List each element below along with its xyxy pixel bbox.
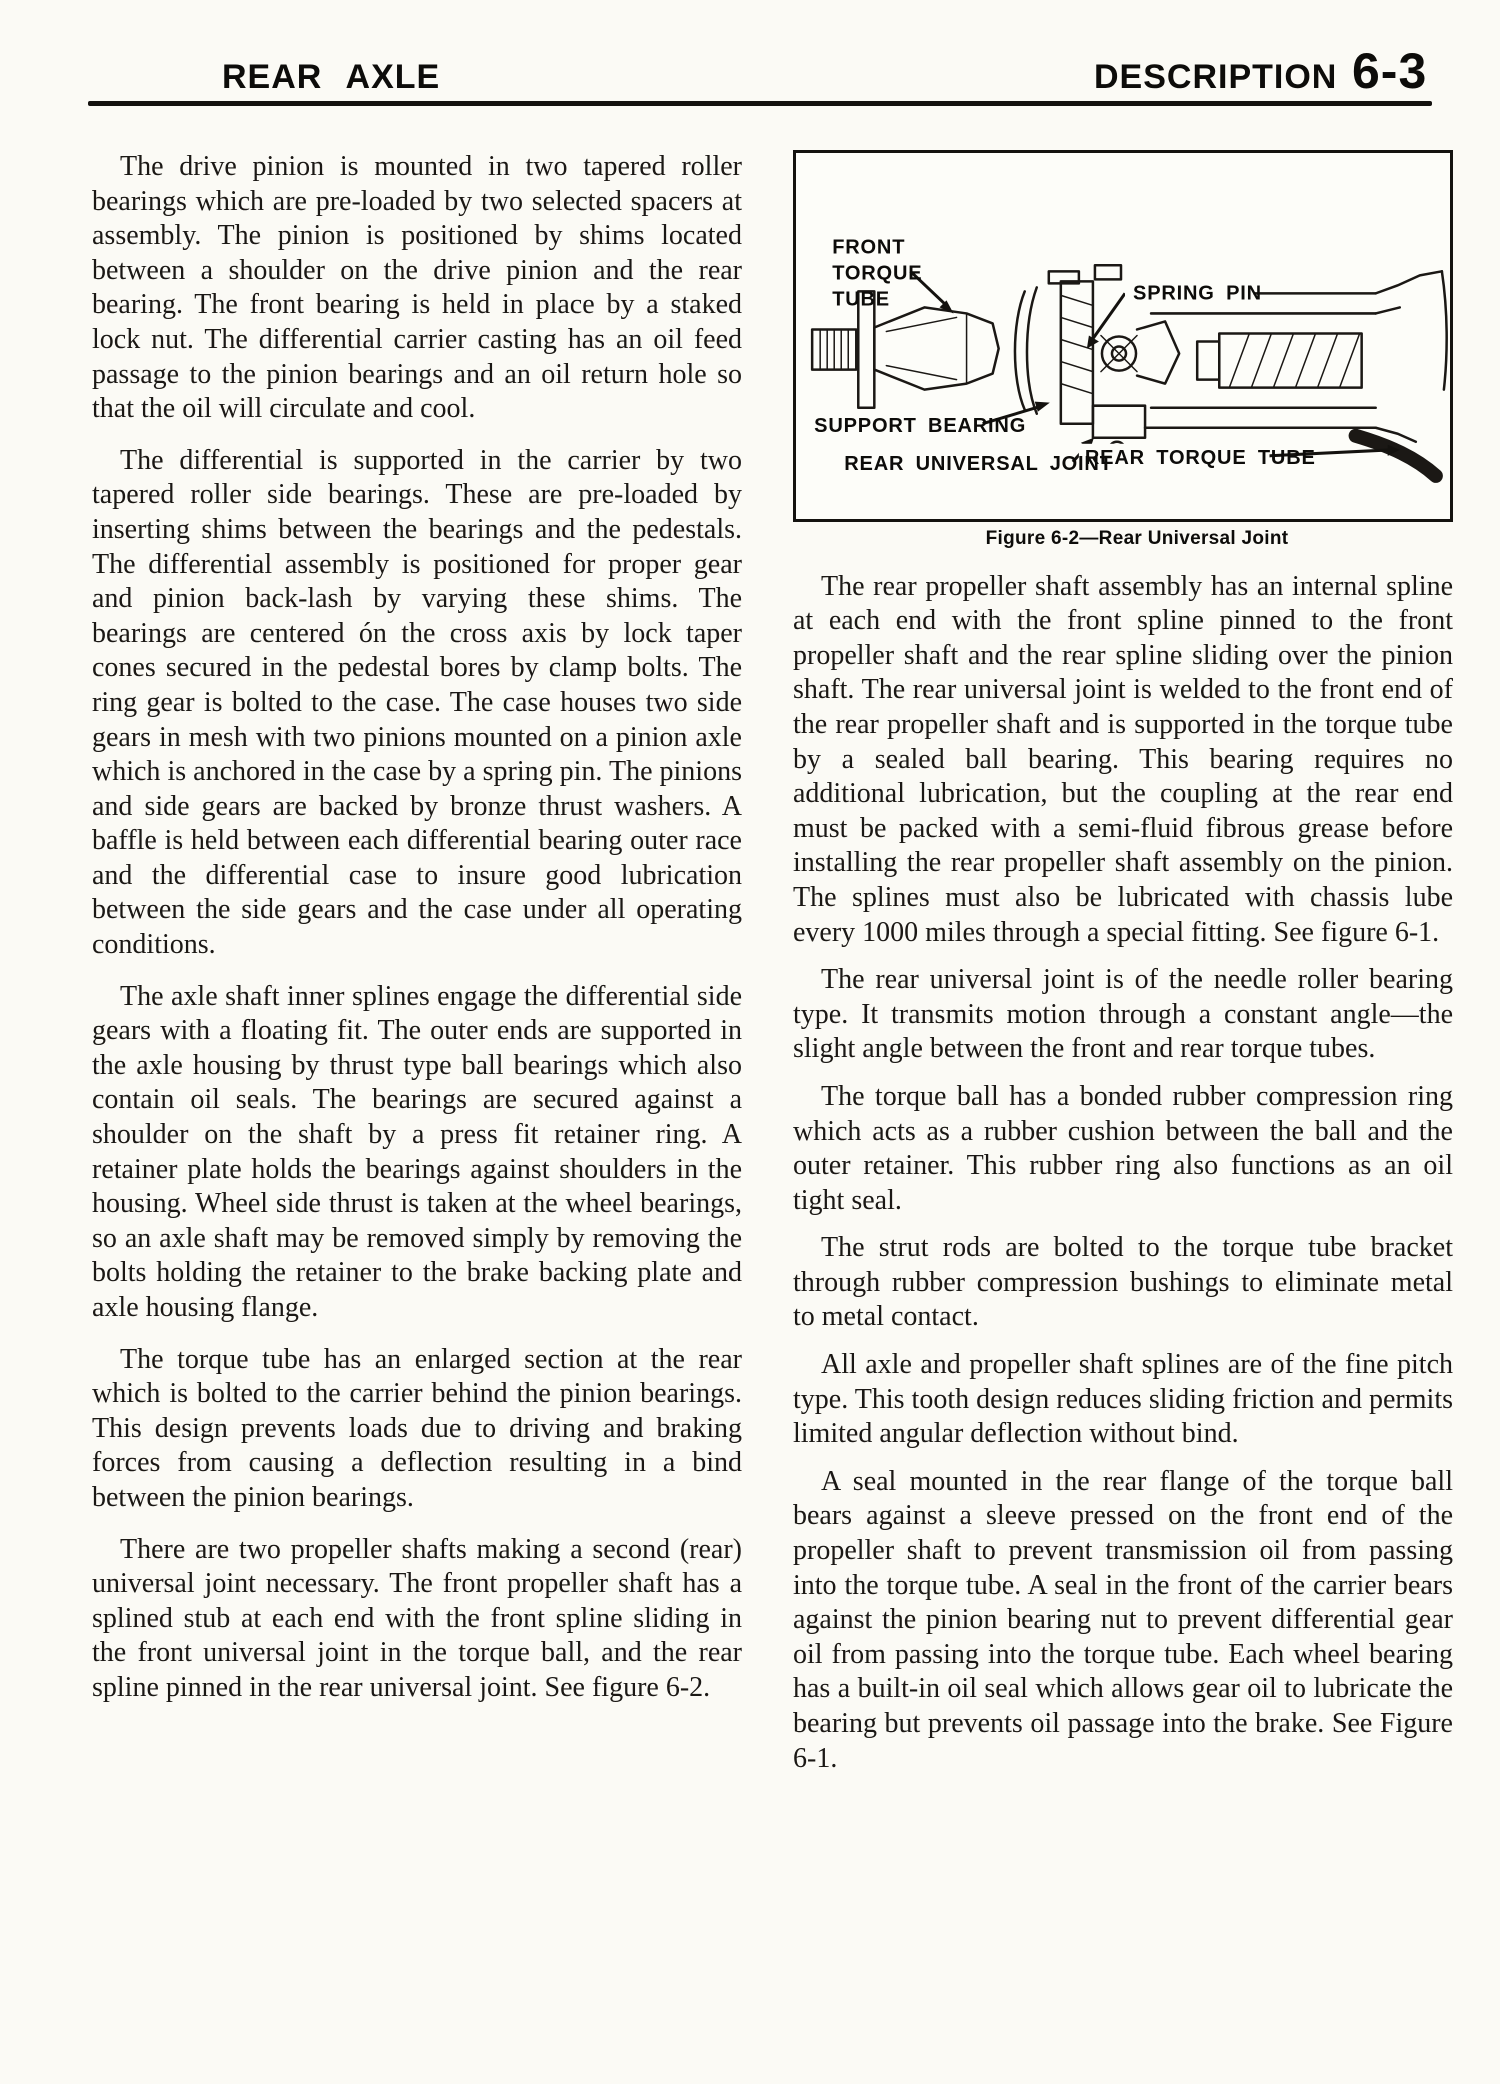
figure-label-rear-torque-tube: REAR TORQUE TUBE	[1085, 447, 1316, 469]
universal-joint-hub	[1061, 281, 1093, 423]
paragraph: The differential is supported in the car…	[92, 444, 742, 963]
paragraph: The rear universal joint is of the needl…	[793, 963, 1453, 1067]
paragraph: There are two propeller shafts making a …	[92, 1533, 742, 1706]
rear-torque-tube-walls	[1145, 293, 1376, 427]
rear-yoke	[1137, 321, 1179, 383]
section-title-right: DESCRIPTION	[1094, 58, 1337, 97]
figure-label-front-torque-tube-line2: TORQUE	[832, 262, 922, 284]
figure-rear-universal-joint: FRONT TORQUE TUBE SPRING PIN SUPPORT BEA…	[793, 150, 1453, 522]
paragraph: A seal mounted in the rear flange of the…	[793, 1465, 1453, 1776]
figure-label-support-bearing: SUPPORT BEARING	[814, 415, 1026, 437]
header-rule	[88, 101, 1432, 106]
figure-caption: Figure 6-2—Rear Universal Joint	[793, 522, 1453, 557]
manual-page: REAR AXLE DESCRIPTION 6-3 The drive pini…	[0, 0, 1500, 2084]
figure-label-front-torque-tube-line1: FRONT	[832, 236, 905, 258]
rear-universal-joint-drawing: FRONT TORQUE TUBE SPRING PIN SUPPORT BEA…	[796, 153, 1450, 519]
support-bearing-bracket	[1093, 406, 1145, 438]
paragraph: The drive pinion is mounted in two taper…	[92, 150, 742, 427]
paragraph: The torque tube has an enlarged section …	[92, 1343, 742, 1516]
figure-label-front-torque-tube-line3: TUBE	[832, 288, 890, 310]
left-column: The drive pinion is mounted in two taper…	[92, 150, 742, 1723]
right-column: FRONT TORQUE TUBE SPRING PIN SUPPORT BEA…	[793, 150, 1453, 1789]
paragraph: The rear propeller shaft assembly has an…	[793, 570, 1453, 951]
paragraph: All axle and propeller shaft splines are…	[793, 1348, 1453, 1452]
paragraph: The torque ball has a bonded rubber comp…	[793, 1080, 1453, 1218]
figure-label-spring-pin: SPRING PIN	[1133, 282, 1262, 304]
paragraph: The axle shaft inner splines engage the …	[92, 980, 742, 1326]
page-number: 6-3	[1352, 42, 1427, 100]
front-torque-tube-cone	[874, 307, 998, 389]
section-title-left: REAR AXLE	[222, 58, 440, 97]
paragraph: The strut rods are bolted to the torque …	[793, 1231, 1453, 1335]
torque-tube-band	[1356, 436, 1436, 476]
figure-label-rear-universal-joint: REAR UNIVERSAL JOINT	[844, 453, 1113, 475]
